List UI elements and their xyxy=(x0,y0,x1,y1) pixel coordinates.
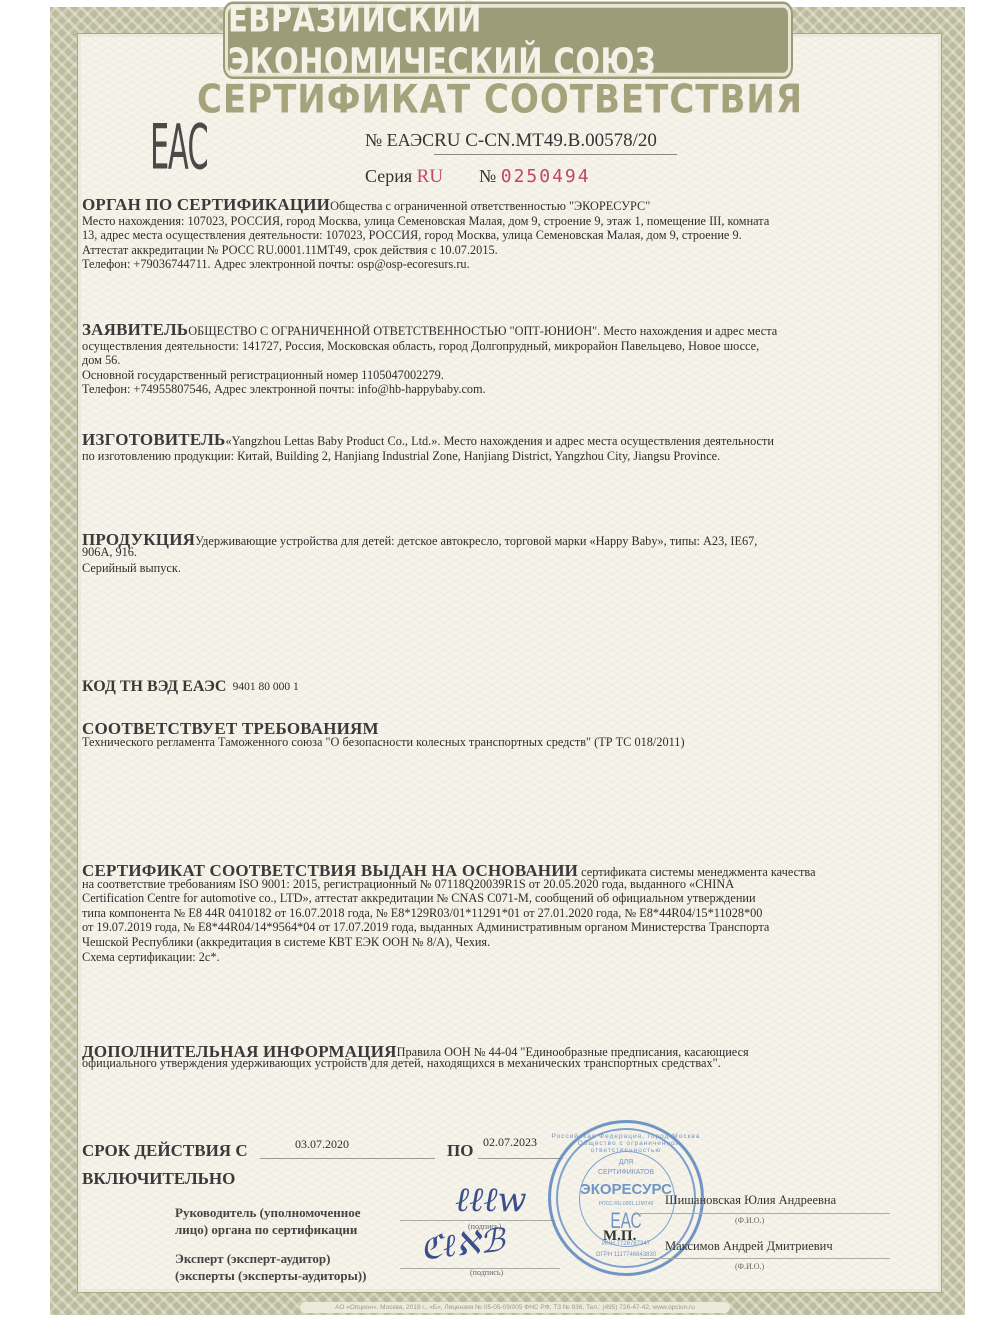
section-basis: СЕРТИФИКАТ СООТВЕТСТВИЯ ВЫДАН НА ОСНОВАН… xyxy=(82,864,912,964)
section-text: Схема сертификации: 2с*. xyxy=(82,950,912,965)
section-applicant: ЗАЯВИТЕЛЬОБЩЕСТВО С ОГРАНИЧЕННОЙ ОТВЕТСТ… xyxy=(82,323,912,397)
fio-line xyxy=(640,1258,890,1259)
certificate-number: № ЕАЭСRU C-CN.MT49.B.00578/20 xyxy=(365,130,677,155)
validity-from-label: СРОК ДЕЙСТВИЯ С xyxy=(82,1140,248,1162)
label-line: Руководитель (уполномоченное xyxy=(175,1204,361,1221)
label-line: лицо) органа по сертификации xyxy=(175,1221,361,1238)
section-text: Certification Centre for automotive co.,… xyxy=(82,891,912,906)
divider xyxy=(260,1158,435,1159)
stamp-place-label: М.П. xyxy=(603,1228,636,1245)
union-title: ЕВРАЗИЙСКИЙ ЭКОНОМИЧЕСКИЙ СОЮЗ xyxy=(228,0,788,83)
series-value: RU xyxy=(417,166,443,187)
section-text: Общества с ограниченной ответственностью… xyxy=(330,199,650,213)
certificate-number-label: № ЕАЭС xyxy=(365,130,434,150)
signature-line xyxy=(400,1220,560,1221)
certificate-number-value: RU C-CN.MT49.B.00578/20 xyxy=(434,130,677,155)
head-signature-label: Руководитель (уполномоченное лицо) орган… xyxy=(175,1204,361,1238)
section-text: Удерживающие устройства для детей: детск… xyxy=(195,534,757,548)
section-text: «Yangzhou Lettas Baby Product Co., Ltd.»… xyxy=(225,434,773,448)
eac-logo-icon: ЕАС xyxy=(150,112,207,184)
section-conforms: СООТВЕТСТВУЕТ ТРЕБОВАНИЯМ Технического р… xyxy=(82,722,912,749)
section-text: Телефон: +79036744711. Адрес электронной… xyxy=(82,257,912,272)
section-text: от 19.07.2019 года, № E8*44R04/14*9564*0… xyxy=(82,920,912,935)
series-row: Серия RU № 0250494 xyxy=(365,166,591,188)
section-product: ПРОДУКЦИЯУдерживающие устройства для дет… xyxy=(82,533,912,576)
expert-name: Максимов Андрей Дмитриевич xyxy=(665,1239,833,1254)
expert-signature-label: Эксперт (эксперт-аудитор) (эксперты (экс… xyxy=(175,1250,366,1284)
section-heading: КОД ТН ВЭД ЕАЭС xyxy=(82,678,226,695)
section-manufacturer: ИЗГОТОВИТЕЛЬ«Yangzhou Lettas Baby Produc… xyxy=(82,433,912,463)
section-text: Телефон: +74955807546, Адрес электронной… xyxy=(82,382,912,397)
series-label: Серия xyxy=(365,166,412,186)
section-certification-body: ОРГАН ПО СЕРТИФИКАЦИИОбщества с ограниче… xyxy=(82,198,912,272)
section-text: официального утверждения удерживающих ус… xyxy=(82,1056,912,1071)
label-line: Эксперт (эксперт-аудитор) xyxy=(175,1250,366,1267)
blank-number: 0250494 xyxy=(501,166,591,187)
section-text: Основной государственный регистрационный… xyxy=(82,368,912,383)
fio-caption: (Ф.И.О.) xyxy=(735,1216,764,1225)
validity-date-from: 03.07.2020 xyxy=(295,1137,349,1152)
section-heading: ОРГАН ПО СЕРТИФИКАЦИИ xyxy=(82,195,330,214)
validity-inclusive-label: ВКЛЮЧИТЕЛЬНО xyxy=(82,1168,248,1190)
signature-caption: (подпись) xyxy=(470,1268,503,1277)
section-text: Технического регламента Таможенного союз… xyxy=(82,735,912,750)
fio-caption: (Ф.И.О.) xyxy=(735,1262,764,1271)
section-text: типа компонента № E8 44R 0410182 от 16.0… xyxy=(82,906,912,921)
section-text: осуществления деятельности: 141727, Росс… xyxy=(82,339,912,354)
section-text: ОБЩЕСТВО С ОГРАНИЧЕННОЙ ОТВЕТСТВЕННОСТЬЮ… xyxy=(188,324,777,338)
tn-ved-code: 9401 80 000 1 xyxy=(233,681,299,693)
section-text: Чешской Республики (аккредитация в систе… xyxy=(82,935,912,950)
section-additional-info: ДОПОЛНИТЕЛЬНАЯ ИНФОРМАЦИЯПравила ООН № 4… xyxy=(82,1045,912,1070)
section-text: 13, адрес места осуществления деятельнос… xyxy=(82,228,912,243)
section-text: дом 56. xyxy=(82,353,912,368)
head-signature-icon: ℓℓℓw xyxy=(455,1180,527,1220)
union-title-banner: ЕВРАЗИЙСКИЙ ЭКОНОМИЧЕСКИЙ СОЮЗ xyxy=(225,4,791,77)
validity-date-to: 02.07.2023 xyxy=(483,1135,537,1150)
stamp-text: СЕРТИФИКАТОВ xyxy=(551,1169,701,1176)
validity-to-label: ПО xyxy=(447,1141,473,1161)
fio-line xyxy=(640,1213,890,1214)
blank-number-label: № xyxy=(479,166,496,186)
stamp-text: ДЛЯ xyxy=(551,1159,701,1166)
validity-label: СРОК ДЕЙСТВИЯ С ВКЛЮЧИТЕЛЬНО xyxy=(82,1140,248,1190)
section-text: Место нахождения: 107023, РОССИЯ, город … xyxy=(82,214,912,229)
section-heading: ЗАЯВИТЕЛЬ xyxy=(82,320,188,339)
label-line: (эксперты (эксперты-аудиторы)) xyxy=(175,1267,366,1284)
printer-footer: АО «Опцион», Москва, 2019 г., «Б», Лицен… xyxy=(300,1302,730,1313)
section-tn-ved: КОД ТН ВЭД ЕАЭС 9401 80 000 1 xyxy=(82,680,912,695)
section-text: по изготовлению продукции: Китай, Buildi… xyxy=(82,449,912,464)
section-text: Серийный выпуск. xyxy=(82,561,912,576)
section-heading: ИЗГОТОВИТЕЛЬ xyxy=(82,430,225,449)
section-text: Аттестат аккредитации № РОСС RU.0001.11M… xyxy=(82,243,912,258)
head-name: Шишановская Юлия Андреевна xyxy=(665,1193,836,1208)
